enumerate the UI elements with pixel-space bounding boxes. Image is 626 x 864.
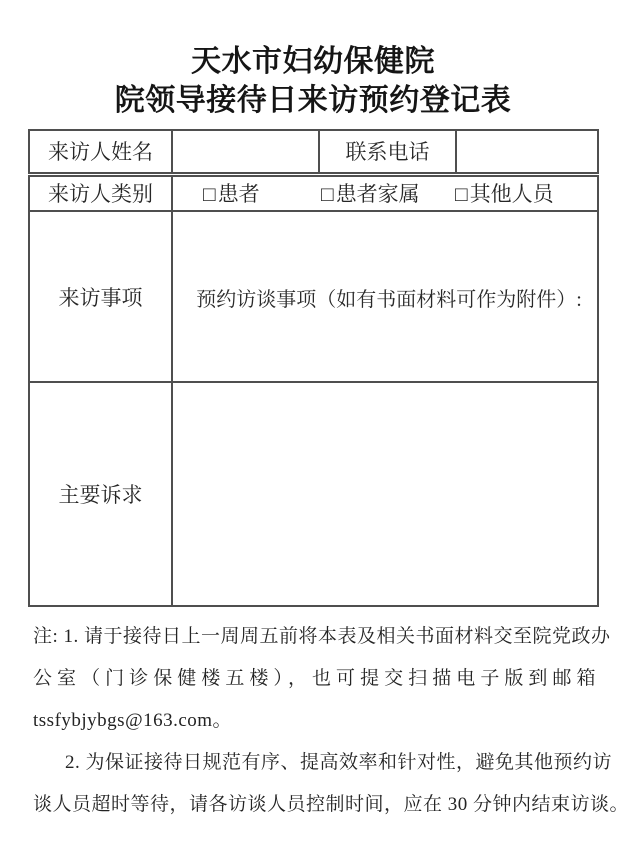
- note-line-3: tssfybjybgs@163.com。: [33, 700, 596, 742]
- contact-phone-label: 联系电话: [319, 130, 456, 174]
- checkbox-icon[interactable]: □: [203, 182, 216, 206]
- checkbox-option-other[interactable]: □其他人员: [455, 178, 597, 208]
- visit-matter-prompt: 预约访谈事项（如有书面材料可作为附件）:: [173, 280, 597, 314]
- visitor-name-input-cell[interactable]: [172, 130, 319, 174]
- page-title-line1: 天水市妇幼保健院: [0, 42, 626, 81]
- note-line-4: 2. 为保证接待日规范有序、提高效率和针对性，避免其他预约访: [33, 742, 596, 784]
- page-title-line2: 院领导接待日来访预约登记表: [0, 81, 626, 120]
- main-appeal-input-cell[interactable]: [172, 382, 598, 606]
- page-title: 天水市妇幼保健院 院领导接待日来访预约登记表: [0, 0, 626, 120]
- contact-phone-input-cell[interactable]: [456, 130, 598, 174]
- note-line-2: 公室（门诊保健楼五楼），也可提交扫描电子版到邮箱: [33, 658, 596, 700]
- checkbox-option-label: 其他人员: [470, 182, 554, 206]
- registration-form-page: 天水市妇幼保健院 院领导接待日来访预约登记表 来访人姓名 联系电话 来访人类别 …: [0, 0, 626, 864]
- note-line-5: 谈人员超时等待，请各访谈人员控制时间，应在 30 分钟内结束访谈。: [33, 784, 596, 826]
- visitor-type-options-cell: □患者 □患者家属 □其他人员: [172, 174, 598, 211]
- checkbox-option-family[interactable]: □患者家属: [321, 178, 455, 208]
- main-appeal-label: 主要诉求: [29, 382, 172, 606]
- table-row-visit-matter: 来访事项 预约访谈事项（如有书面材料可作为附件）:: [29, 211, 598, 382]
- table-row-identity: 来访人姓名 联系电话: [29, 130, 598, 174]
- note-line-1: 注: 1. 请于接待日上一周周五前将本表及相关书面材料交至院党政办: [33, 616, 596, 658]
- visitor-name-label: 来访人姓名: [29, 130, 172, 174]
- checkbox-option-label: 患者家属: [336, 182, 420, 206]
- visitor-type-label: 来访人类别: [29, 174, 172, 211]
- table-row-visitor-type: 来访人类别 □患者 □患者家属 □其他人员: [29, 174, 598, 211]
- checkbox-icon[interactable]: □: [321, 182, 334, 206]
- checkbox-icon[interactable]: □: [455, 182, 468, 206]
- checkbox-option-patient[interactable]: □患者: [203, 178, 321, 208]
- visit-matter-input-cell[interactable]: 预约访谈事项（如有书面材料可作为附件）:: [172, 211, 598, 382]
- visitor-type-options: □患者 □患者家属 □其他人员: [203, 178, 597, 208]
- notes-section: 注: 1. 请于接待日上一周周五前将本表及相关书面材料交至院党政办 公室（门诊保…: [33, 616, 596, 826]
- registration-form-table: 来访人姓名 联系电话 来访人类别 □患者 □患者家属 □其他人员 来访事项: [28, 129, 599, 607]
- table-row-main-appeal: 主要诉求: [29, 382, 598, 606]
- visit-matter-label: 来访事项: [29, 211, 172, 382]
- checkbox-option-label: 患者: [218, 182, 260, 206]
